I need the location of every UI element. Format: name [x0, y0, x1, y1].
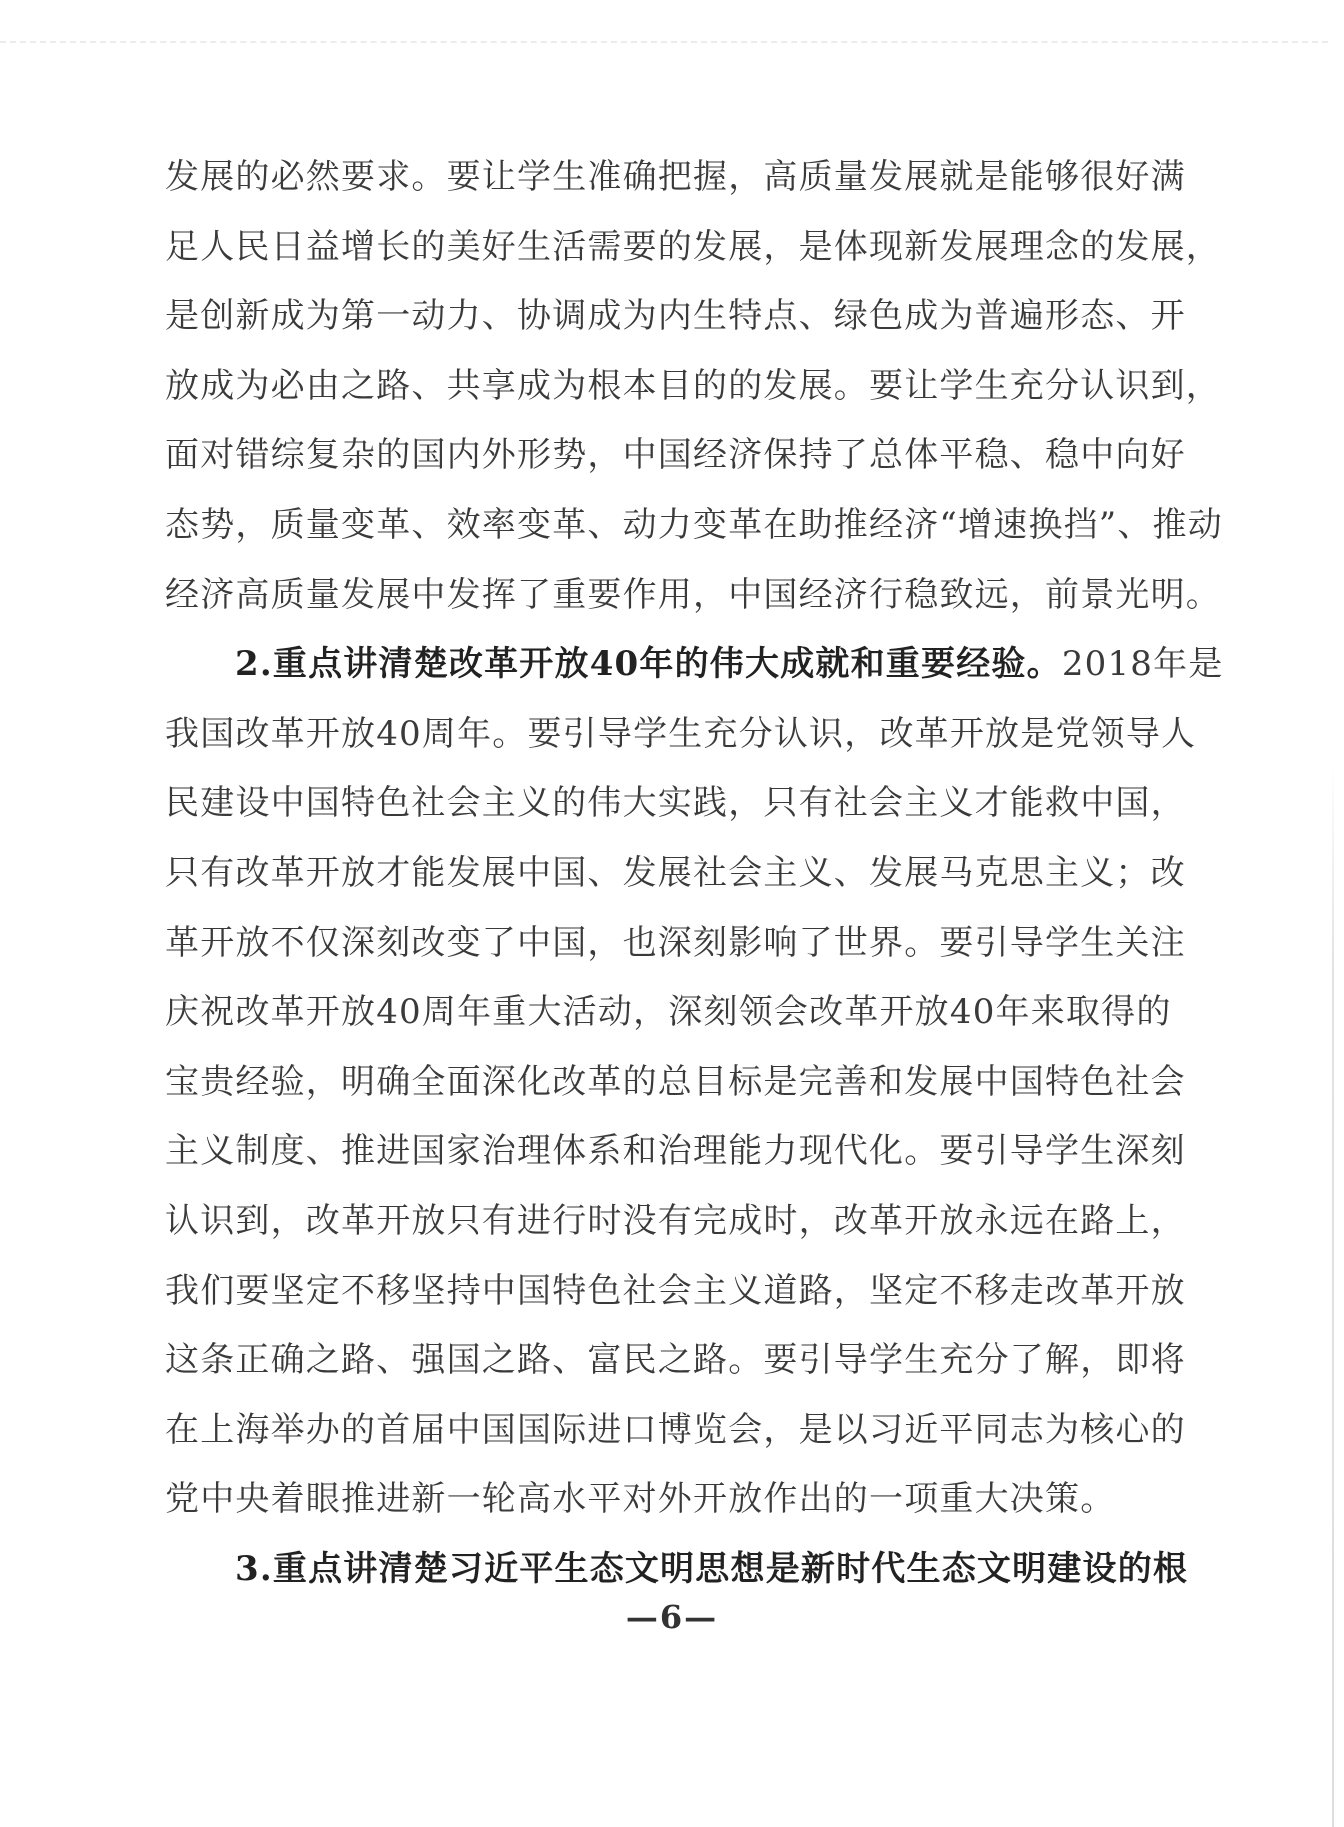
text-line: 认识到，改革开放只有进行时没有完成时，改革开放永远在路上， [165, 1187, 1150, 1257]
text-line: 是创新成为第一动力、协调成为内生特点、绿色成为普遍形态、开 [165, 282, 1150, 352]
text-line: 革开放不仅深刻改变了中国，也深刻影响了世界。要引导学生关注 [165, 909, 1150, 979]
section-2-heading-line: 2.重点讲清楚改革开放40年的伟大成就和重要经验。2018年是 [165, 630, 1150, 700]
text-line: 这条正确之路、强国之路、富民之路。要引导学生充分了解，即将 [165, 1326, 1150, 1396]
text-line: 面对错综复杂的国内外形势，中国经济保持了总体平稳、稳中向好 [165, 421, 1150, 491]
text-line: 我们要坚定不移坚持中国特色社会主义道路，坚定不移走改革开放 [165, 1257, 1150, 1327]
section-3: 3.重点讲清楚习近平生态文明思想是新时代生态文明建设的根 [165, 1535, 1150, 1605]
text-line: 态势，质量变革、效率变革、动力变革在助推经济“增速换挡”、推动 [165, 491, 1150, 561]
document-page: 发展的必然要求。要让学生准确把握，高质量发展就是能够很好满 足人民日益增长的美好… [165, 143, 1150, 1604]
scan-edge-line [1332, 760, 1334, 1827]
text-line: 放成为必由之路、共享成为根本目的的发展。要让学生充分认识到， [165, 352, 1150, 422]
text-line: 经济高质量发展中发挥了重要作用，中国经济行稳致远，前景光明。 [165, 561, 1150, 631]
text-line: 宝贵经验，明确全面深化改革的总目标是完善和发展中国特色社会 [165, 1048, 1150, 1118]
text-line: 我国改革开放40周年。要引导学生充分认识，改革开放是党领导人 [165, 700, 1150, 770]
page-number: —6— [0, 1598, 1344, 1636]
text-line: 党中央着眼推进新一轮高水平对外开放作出的一项重大决策。 [165, 1465, 1150, 1535]
text-line: 主义制度、推进国家治理体系和治理能力现代化。要引导学生深刻 [165, 1117, 1150, 1187]
top-scan-rule [0, 41, 1328, 43]
section-2: 2.重点讲清楚改革开放40年的伟大成就和重要经验。2018年是 我国改革开放40… [165, 630, 1150, 1535]
text-line: 只有改革开放才能发展中国、发展社会主义、发展马克思主义；改 [165, 839, 1150, 909]
text-line: 民建设中国特色社会主义的伟大实践，只有社会主义才能救中国， [165, 769, 1150, 839]
section-3-heading: 3.重点讲清楚习近平生态文明思想是新时代生态文明建设的根 [235, 1549, 1188, 1589]
section-2-heading: 2.重点讲清楚改革开放40年的伟大成就和重要经验。 [235, 644, 1062, 684]
text-line: 在上海举办的首届中国国际进口博览会，是以习近平同志为核心的 [165, 1396, 1150, 1466]
section-2-heading-tail: 2018年是 [1062, 644, 1224, 684]
text-line: 足人民日益增长的美好生活需要的发展，是体现新发展理念的发展， [165, 213, 1150, 283]
section-3-heading-line: 3.重点讲清楚习近平生态文明思想是新时代生态文明建设的根 [165, 1535, 1150, 1605]
paragraph-1: 发展的必然要求。要让学生准确把握，高质量发展就是能够很好满 足人民日益增长的美好… [165, 143, 1150, 630]
text-line: 庆祝改革开放40周年重大活动，深刻领会改革开放40年来取得的 [165, 978, 1150, 1048]
text-line: 发展的必然要求。要让学生准确把握，高质量发展就是能够很好满 [165, 143, 1150, 213]
